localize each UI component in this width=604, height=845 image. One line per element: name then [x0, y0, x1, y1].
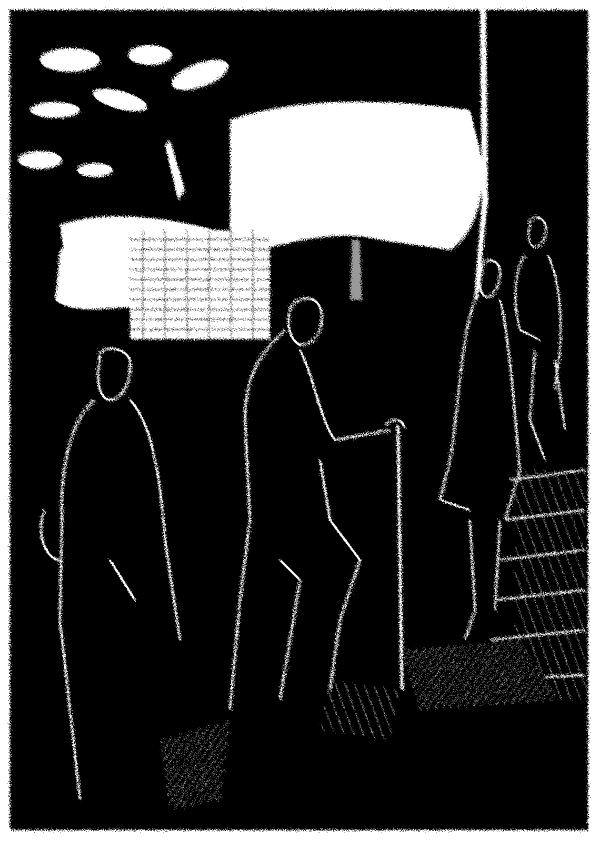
illustration — [0, 0, 604, 845]
lamp-post — [350, 240, 362, 300]
